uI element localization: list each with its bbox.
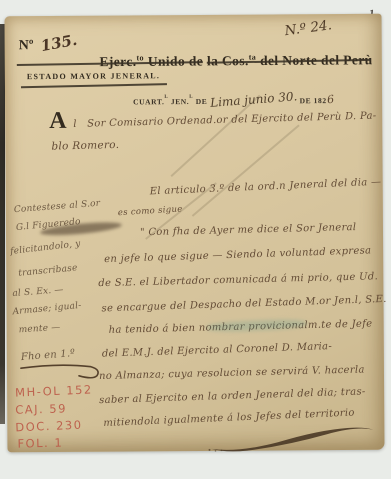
margin-note-fecho: Fho en 1.º bbox=[21, 348, 76, 363]
body-line: no Almanza; cuya resolucion se servirá V… bbox=[99, 364, 365, 381]
closing-pen-flourish bbox=[207, 418, 379, 459]
address-line2: blo Romero. bbox=[51, 139, 119, 153]
dateline-printed-year: de 182 bbox=[297, 96, 327, 105]
dateline-printed-jeneral: Jen. bbox=[168, 97, 189, 106]
archive-ref-line: DOC. 230 bbox=[15, 418, 83, 435]
margin-note: felicitandolo, y bbox=[10, 239, 81, 257]
margin-flourish-bracket bbox=[19, 362, 103, 383]
margin-note: al S. Ex. — bbox=[12, 285, 64, 299]
body-line: El articulo 3.º de la ord.n Jeneral del … bbox=[150, 177, 382, 198]
archive-ref-line: CAJ. 59 bbox=[15, 401, 67, 416]
dateline: Cuart.l Jen.l de Lima junio 30. de 1826 bbox=[133, 88, 334, 108]
unit-label: Estado Mayor Jeneral. bbox=[27, 71, 160, 81]
address-initial-A: A bbox=[49, 108, 67, 135]
body-line: " Con fha de Ayer me dice el Sor Jeneral bbox=[140, 222, 357, 238]
letter-paper: N.º 24. Nº 135. Ejerc.to Unido de la Cos… bbox=[4, 14, 384, 453]
margin-note: transcribase bbox=[18, 263, 78, 279]
archive-ref-line: FOL. 1 bbox=[17, 436, 63, 451]
dateline-printed-cuartel: Cuart. bbox=[133, 97, 164, 106]
body-line: de S.E. el Libertador comunicada á mi pr… bbox=[98, 271, 378, 289]
archive-ref-line: MH-OL 152 bbox=[15, 382, 93, 399]
dateline-printed-de: de bbox=[193, 97, 210, 106]
margin-note: mente — bbox=[18, 323, 60, 335]
body-line: saber al Ejercito en la orden Jeneral de… bbox=[99, 386, 366, 406]
dateline-handwritten-year-digit: 6 bbox=[326, 93, 334, 107]
body-line: en jefe lo que sigue — Siendo la volunta… bbox=[104, 245, 371, 265]
body-line: del E.M.J. del Ejercito al Coronel D. Ma… bbox=[102, 341, 333, 360]
body-line: se encargue del Despacho del Estado M.or… bbox=[101, 294, 386, 314]
letterhead-number-value: 135. bbox=[39, 31, 78, 55]
margin-note: Contestese al S.or bbox=[14, 199, 101, 216]
pen-scratch bbox=[192, 124, 300, 216]
document-scan: 1 N.º 24. Nº 135. Ejerc.to Unido de la C… bbox=[0, 0, 391, 479]
margin-note: Armase; igual- bbox=[12, 301, 82, 317]
letterhead-number-label: Nº bbox=[19, 38, 34, 54]
